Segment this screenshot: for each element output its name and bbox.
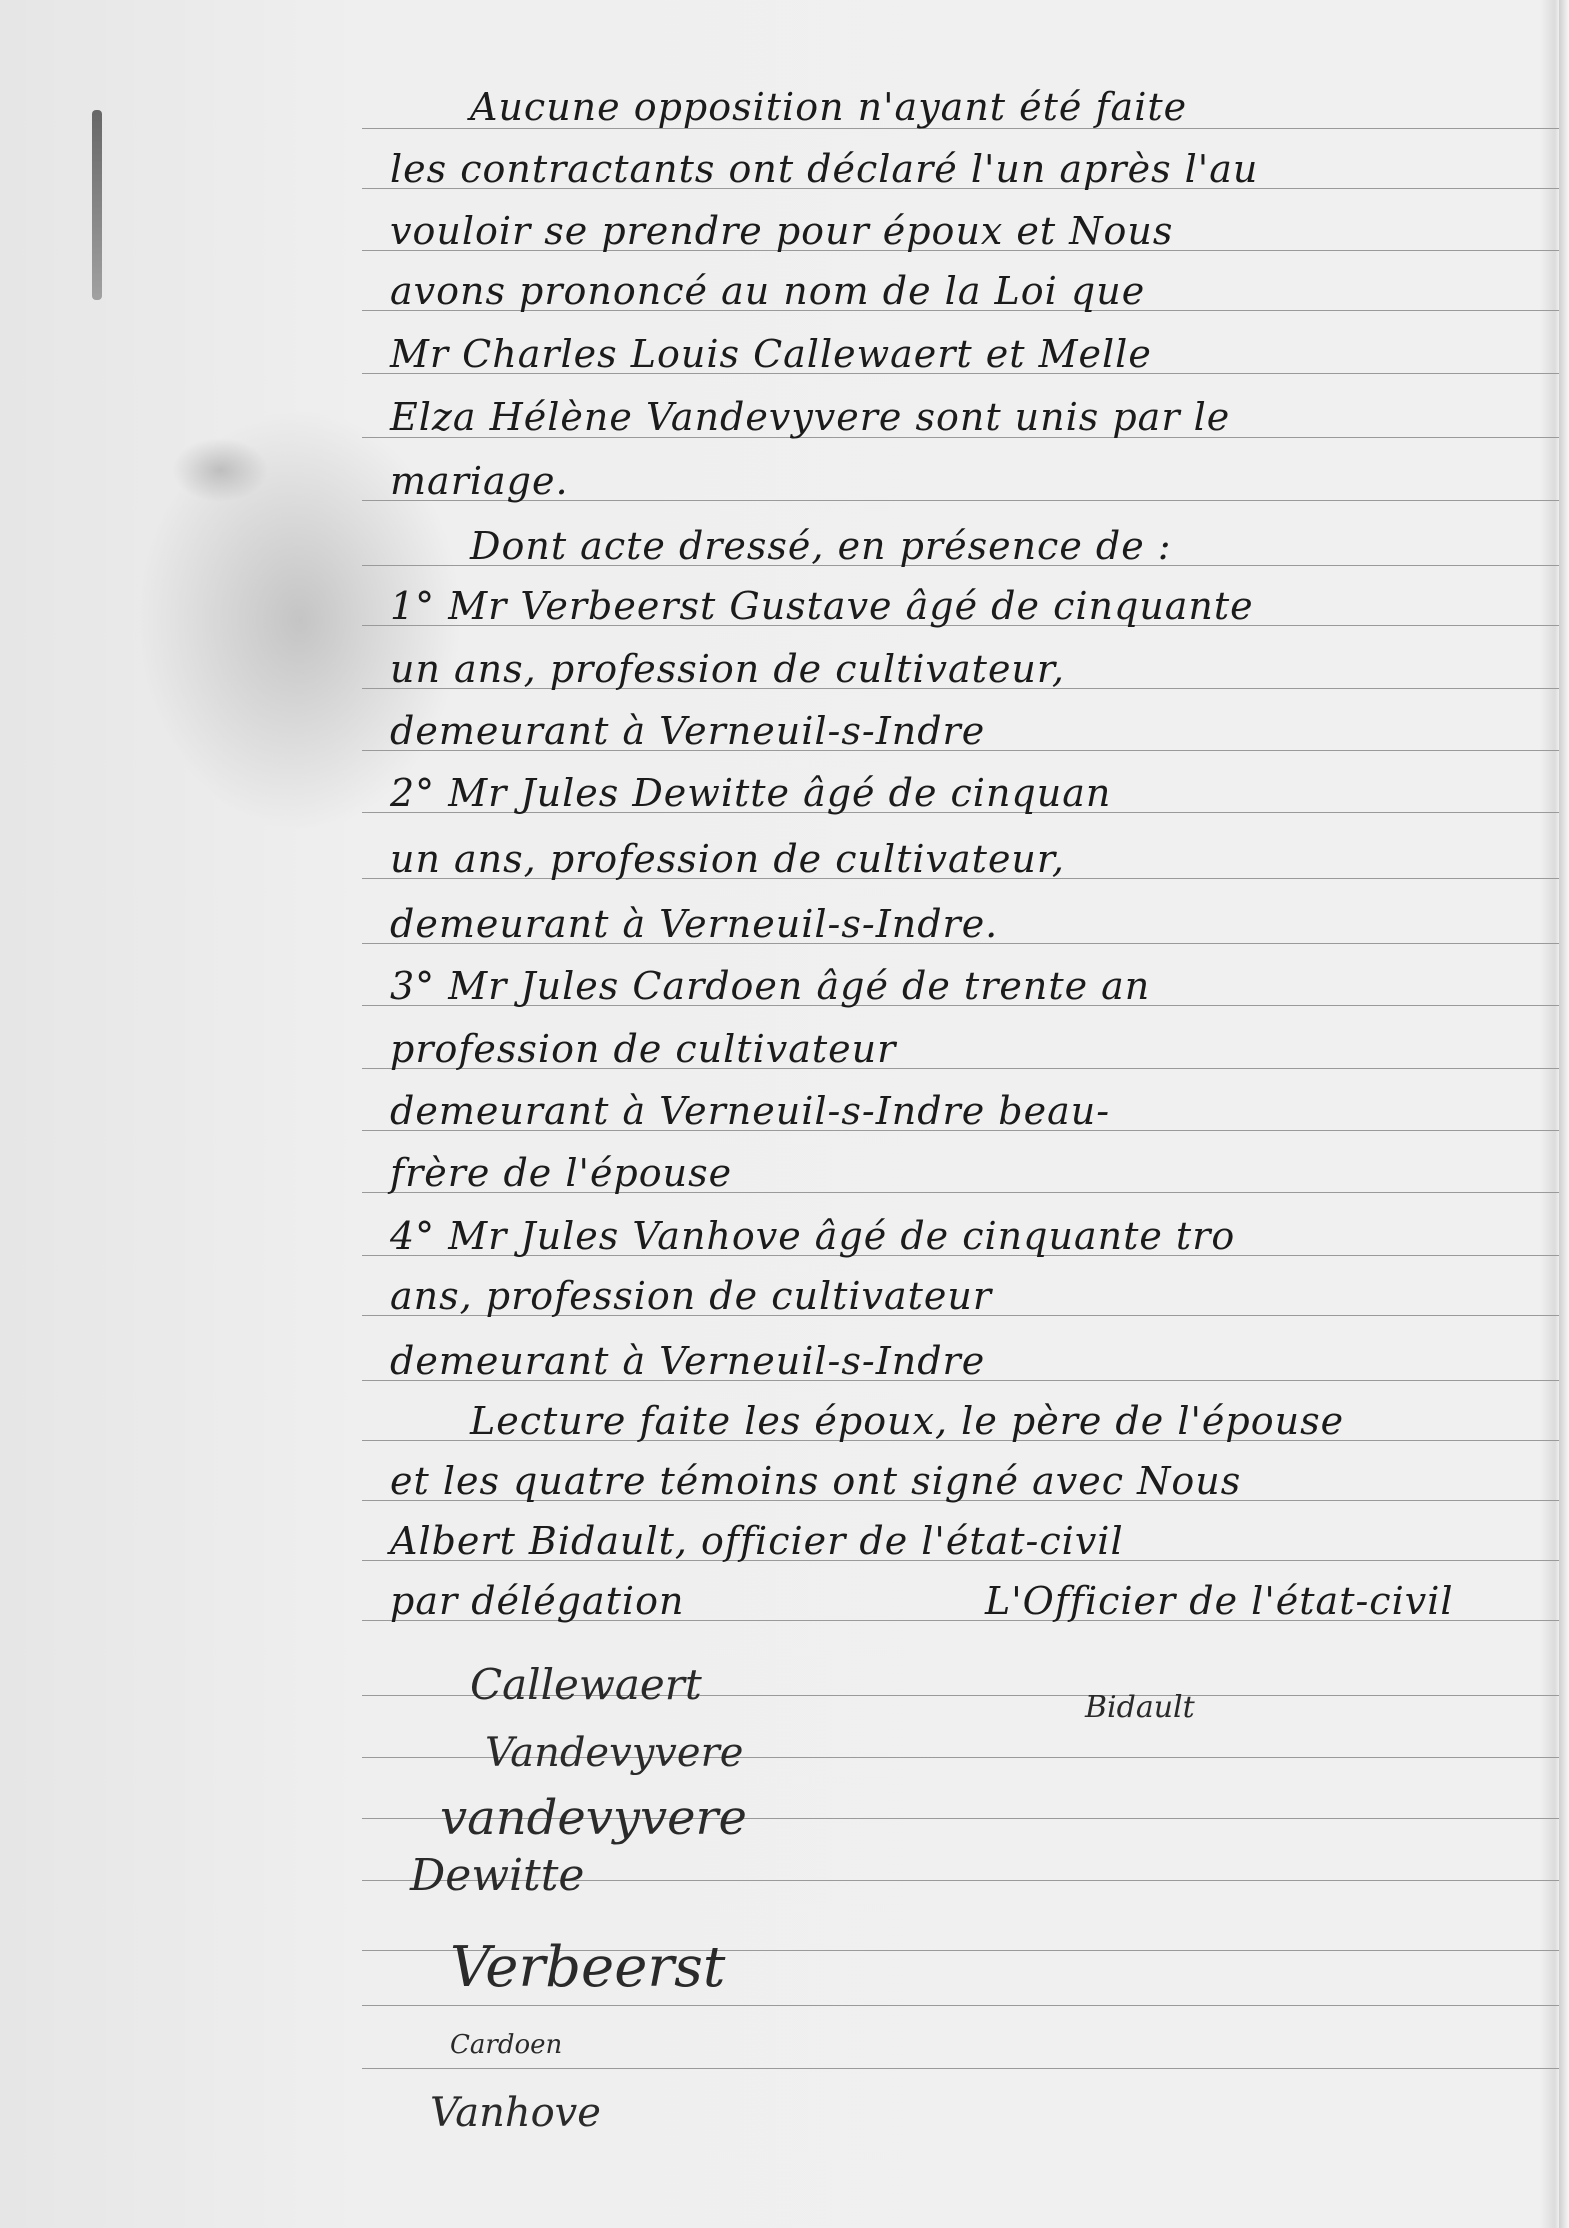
signature-dewitte: Dewitte xyxy=(410,1850,584,1901)
signature-callewaert: Callewaert xyxy=(470,1660,702,1709)
signature-vanhove: Vanhove xyxy=(430,2090,601,2136)
text-line: 1° Mr Verbeerst Gustave âgé de cinquante xyxy=(390,587,1554,625)
text-line: demeurant à Verneuil-s-Indre xyxy=(390,712,1554,750)
signature-cardoen: Cardoen xyxy=(450,2030,562,2060)
signature-bidault: Bidault xyxy=(1085,1690,1195,1725)
text-line: profession de cultivateur xyxy=(390,1030,1554,1068)
text-line: Mr Charles Louis Callewaert et Melle xyxy=(390,335,1554,373)
document-page: Aucune opposition n'ayant été faite les … xyxy=(0,0,1569,2228)
text-line: Lecture faite les époux, le père de l'ép… xyxy=(470,1402,1554,1440)
text-line: 2° Mr Jules Dewitte âgé de cinquan xyxy=(390,774,1554,812)
ruled-line xyxy=(362,2068,1559,2069)
text-line: demeurant à Verneuil-s-Indre. xyxy=(390,905,1554,943)
text-line: un ans, profession de cultivateur, xyxy=(390,840,1554,878)
text-line: Elza Hélène Vandevyvere sont unis par le xyxy=(390,398,1554,436)
text-line: Aucune opposition n'ayant été faite xyxy=(470,88,1554,126)
text-line: demeurant à Verneuil-s-Indre beau- xyxy=(390,1092,1554,1130)
text-line: 3° Mr Jules Cardoen âgé de trente an xyxy=(390,967,1554,1005)
text-line: Albert Bidault, officier de l'état-civil xyxy=(390,1522,1554,1560)
text-line: 4° Mr Jules Vanhove âgé de cinquante tro xyxy=(390,1217,1554,1255)
text-line: mariage. xyxy=(390,462,1554,500)
text-line: les contractants ont déclaré l'un après … xyxy=(390,150,1554,188)
text-line: frère de l'épouse xyxy=(390,1154,1554,1192)
text-line: vouloir se prendre pour époux et Nous xyxy=(390,212,1554,250)
signature-vandevyvere-1: Vandevyvere xyxy=(485,1730,743,1776)
text-line: ans, profession de cultivateur xyxy=(390,1277,1554,1315)
text-line: Dont acte dressé, en présence de : xyxy=(470,527,1554,565)
text-line: demeurant à Verneuil-s-Indre xyxy=(390,1342,1554,1380)
ink-mark xyxy=(92,110,102,300)
text-line: avons prononcé au nom de la Loi que xyxy=(390,272,1554,310)
page-edge xyxy=(1559,0,1569,2228)
officer-caption: L'Officier de l'état-civil xyxy=(985,1582,1554,1620)
ruled-line xyxy=(362,2005,1559,2006)
signature-vandevyvere-2: vandevyvere xyxy=(440,1790,747,1846)
text-line: et les quatre témoins ont signé avec Nou… xyxy=(390,1462,1554,1500)
signature-verbeerst: Verbeerst xyxy=(450,1935,725,2000)
text-line: un ans, profession de cultivateur, xyxy=(390,650,1554,688)
